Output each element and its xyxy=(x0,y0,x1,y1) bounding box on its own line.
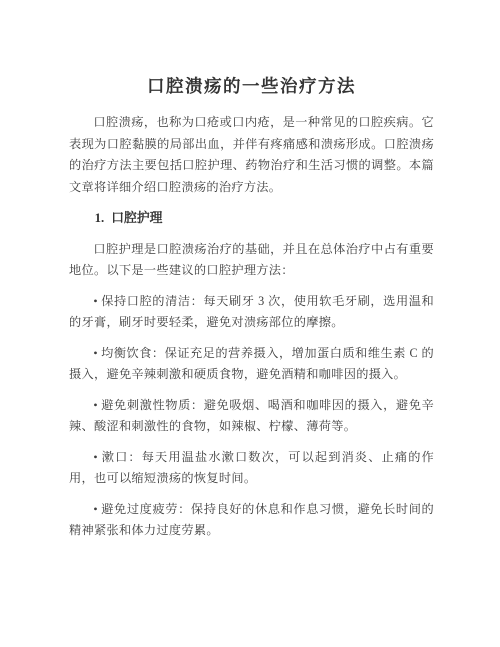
section-intro-paragraph: 口腔护理是口腔溃疡治疗的基础，并且在总体治疗中占有重要地位。以下是一些建议的口腔… xyxy=(69,239,434,282)
bullet-text: 均衡饮食：保证充足的营养摄入，增加蛋白质和维生素 C 的摄入，避免辛辣刺激和硬质… xyxy=(69,346,434,382)
section-number: 1. xyxy=(95,211,105,225)
bullet-item: •保持口腔的清洁：每天刷牙 3 次，使用软毛牙刷，选用温和的牙膏，刷牙时要轻柔，… xyxy=(69,291,434,334)
bullet-icon: • xyxy=(93,343,98,365)
bullet-item: •漱口：每天用温盐水漱口数次，可以起到消炎、止痛的作用，也可以缩短溃疡的恢复时间… xyxy=(69,447,434,490)
bullet-icon: • xyxy=(93,447,98,469)
bullet-text: 漱口：每天用温盐水漱口数次，可以起到消炎、止痛的作用，也可以缩短溃疡的恢复时间。 xyxy=(69,450,434,486)
bullet-text: 避免过度疲劳：保持良好的休息和作息习惯，避免长时间的精神紧张和体力过度劳累。 xyxy=(69,502,434,538)
bullet-item: •均衡饮食：保证充足的营养摄入，增加蛋白质和维生素 C 的摄入，避免辛辣刺激和硬… xyxy=(69,343,434,386)
bullet-text: 避免刺激性物质：避免吸烟、喝酒和咖啡因的摄入，避免辛辣、酸涩和刺激性的食物，如辣… xyxy=(69,398,434,434)
intro-paragraph: 口腔溃疡，也称为口疮或口内疮，是一种常见的口腔疾病。它表现为口腔黏膜的局部出血，… xyxy=(69,112,434,198)
document-title: 口腔溃疡的一些治疗方法 xyxy=(69,74,434,98)
bullet-text: 保持口腔的清洁：每天刷牙 3 次，使用软毛牙刷，选用温和的牙膏，刷牙时要轻柔，避… xyxy=(69,294,434,330)
section-heading-text: 口腔护理 xyxy=(111,211,162,225)
document-page: 口腔溃疡的一些治疗方法 口腔溃疡，也称为口疮或口内疮，是一种常见的口腔疾病。它表… xyxy=(69,0,434,542)
bullet-item: •避免过度疲劳：保持良好的休息和作息习惯，避免长时间的精神紧张和体力过度劳累。 xyxy=(69,499,434,542)
bullet-item: •避免刺激性物质：避免吸烟、喝酒和咖啡因的摄入，避免辛辣、酸涩和刺激性的食物，如… xyxy=(69,395,434,438)
section-heading: 1.口腔护理 xyxy=(69,208,434,230)
bullet-icon: • xyxy=(93,499,98,521)
bullet-icon: • xyxy=(93,395,98,417)
bullet-icon: • xyxy=(93,291,98,313)
